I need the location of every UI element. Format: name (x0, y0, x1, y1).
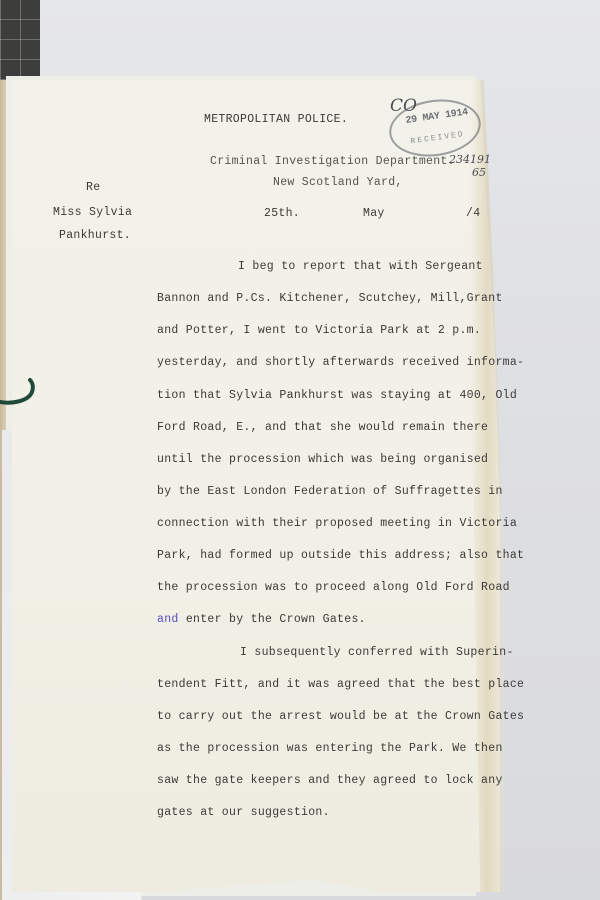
body-line: Ford Road, E., and that she would remain… (157, 421, 488, 434)
binding-string-icon (0, 372, 40, 412)
stamp-initials: CO (390, 96, 417, 116)
stamp-label: RECEIVED (410, 130, 465, 146)
page-mark: /4 (466, 207, 480, 220)
body-line: as the procession was entering the Park.… (157, 742, 503, 755)
date-month: May (363, 207, 385, 220)
body-line: tion that Sylvia Pankhurst was staying a… (157, 389, 517, 402)
body-line-text: enter by the Crown Gates. (186, 613, 366, 626)
body-line: Bannon and P.Cs. Kitchener, Scutchey, Mi… (157, 292, 503, 305)
body-line: to carry out the arrest would be at the … (157, 710, 524, 723)
body-line: I subsequently conferred with Superin- (240, 646, 514, 659)
body-line: yesterday, and shortly afterwards receiv… (157, 356, 524, 369)
subject-name-line2: Pankhurst. (59, 229, 131, 242)
reference-number: 234191 (449, 153, 491, 166)
body-line: gates at our suggestion. (157, 806, 330, 819)
subject-name-line1: Miss Sylvia (53, 206, 132, 219)
body-line: I beg to report that with Sergeant (238, 260, 483, 273)
cutting-mat (0, 0, 40, 80)
date-day: 25th. (264, 207, 300, 220)
body-line: Park, had formed up outside this address… (157, 549, 524, 562)
body-line: tendent Fitt, and it was agreed that the… (157, 678, 524, 691)
ink-correction: and (157, 613, 179, 626)
reference-subnumber: 65 (472, 166, 486, 179)
letterhead: METROPOLITAN POLICE. (204, 113, 348, 126)
body-line: the procession was to proceed along Old … (157, 581, 510, 594)
body-line: and Potter, I went to Victoria Park at 2… (157, 324, 481, 337)
body-line: until the procession which was being org… (157, 453, 488, 466)
body-line-with-correction: and enter by the Crown Gates. (157, 613, 366, 626)
body-line: by the East London Federation of Suffrag… (157, 485, 503, 498)
department: Criminal Investigation Department. (210, 155, 455, 168)
subject-prefix: Re (86, 181, 100, 194)
body-line: saw the gate keepers and they agreed to … (157, 774, 503, 787)
body-line: connection with their proposed meeting i… (157, 517, 517, 530)
address: New Scotland Yard, (273, 176, 403, 189)
